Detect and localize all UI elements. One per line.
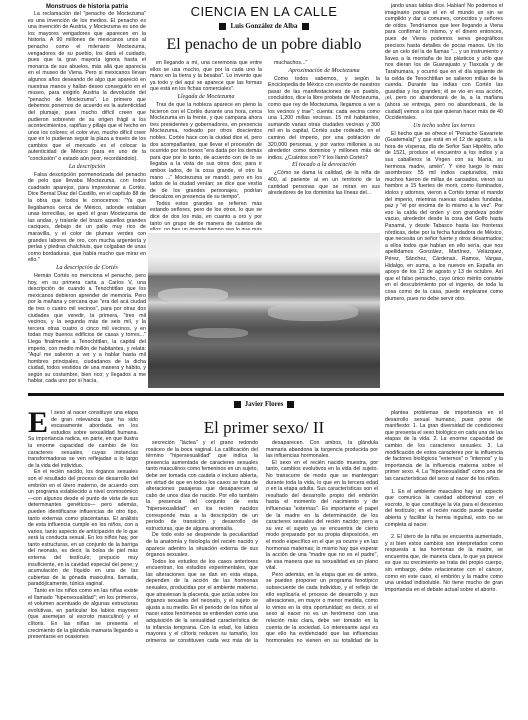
paragraph: El hecho que se ofrece el "Penacho Gavar… <box>385 131 503 302</box>
paragraph: La reclamación del "penacho de Moctezuma… <box>28 11 146 163</box>
subheading: Llegada de Moctezuma <box>150 93 262 102</box>
subheading: Aproximación de Moctezuma <box>268 67 380 76</box>
paragraph: ¿Cómo se dama la calidad, de la niña de … <box>268 170 380 196</box>
article2-column-4: plantea problemas de importancia en el d… <box>385 410 503 642</box>
article2-column-1: El sexo al nacer constituye una etapa de… <box>28 410 138 642</box>
subheading: Un techo sobre las torres <box>385 122 503 131</box>
canyon-photo <box>148 233 380 388</box>
section-divider <box>28 393 504 396</box>
paragraph: Pero además, en la etapa que es de antes… <box>266 572 378 642</box>
paragraph: De todo esto se desprende la peculiarida… <box>146 532 258 558</box>
paragraph: 2. El útero de la niña se encuentra aume… <box>385 534 503 593</box>
paragraph: Todos los estudios de los casos anterior… <box>146 559 258 642</box>
byline: Javier Flores <box>148 400 380 408</box>
byline-square-left <box>219 23 226 30</box>
section-title: CIENCIA EN LA CALLE <box>148 4 380 19</box>
paragraph: 1. En el ambiente masculino hay un aspec… <box>385 489 503 529</box>
paragraph: El sexo al nacer constituye una etapa de… <box>28 410 138 469</box>
paragraph: Tanto en los niños como en las niñas exi… <box>28 588 138 641</box>
article1-column-2: en llegando a mí, una ceremonia que entr… <box>150 60 262 230</box>
paragraph: El sexo en el recién nacido muestra, por… <box>266 460 378 572</box>
paragraph: Hernán Cortés no menciona el penacho, pe… <box>28 273 146 385</box>
byline-square-right <box>302 23 309 30</box>
article1-column-1: Monstruos de historia patria La reclamac… <box>28 3 146 393</box>
paragraph: plantea problemas de importancia en el d… <box>385 410 503 483</box>
article1-column-4: jando unas tablas dice. Habían! No podem… <box>385 3 503 393</box>
author-name: Luis González de Alba <box>230 22 297 30</box>
article2-column-3: desaparecen. Con ambos, la glándula mama… <box>266 440 378 642</box>
author-name: Javier Flores <box>245 400 284 408</box>
byline-square-right <box>287 401 294 408</box>
paragraph: Como todos sabemos, y según la Enciclope… <box>268 76 380 162</box>
paragraph: Falsa descripción pormenorizada del pena… <box>28 172 146 264</box>
paragraph: En el recién nacido, los órganos sexuale… <box>28 469 138 588</box>
paragraph: jando unas tablas dice. Habían! No podem… <box>385 3 503 122</box>
subheading: La descripción de Cortés <box>28 264 146 273</box>
paragraph: secreción "láctea" y el grano redondo ro… <box>146 440 258 532</box>
article1-column-3: muchachos..." Aproximación de Moctezuma … <box>268 60 380 230</box>
subheading: Monstruos de historia patria <box>28 3 146 11</box>
paragraph: en llegando a mí, una ceremonia que entr… <box>150 60 262 93</box>
byline: Luis González de Alba <box>148 22 380 30</box>
paragraph: Tras de que la nobleza aparece en pleno … <box>150 102 262 201</box>
subheading: La descripción <box>28 163 146 172</box>
paragraph: desaparecen. Con ambos, la glándula mama… <box>266 440 378 460</box>
drop-cap: E <box>28 411 48 435</box>
byline-square-left <box>234 401 241 408</box>
paragraph: Todos estos grandes se refieren más esta… <box>150 201 262 230</box>
article2-column-2: secreción "láctea" y el grano redondo ro… <box>146 440 258 642</box>
paragraph: muchachos..." <box>268 60 380 67</box>
headline: El penacho de un pobre diablo <box>148 36 380 54</box>
subheading: El tocado a la devocación <box>268 161 380 170</box>
headline: El primer sexo/ II <box>148 418 380 438</box>
